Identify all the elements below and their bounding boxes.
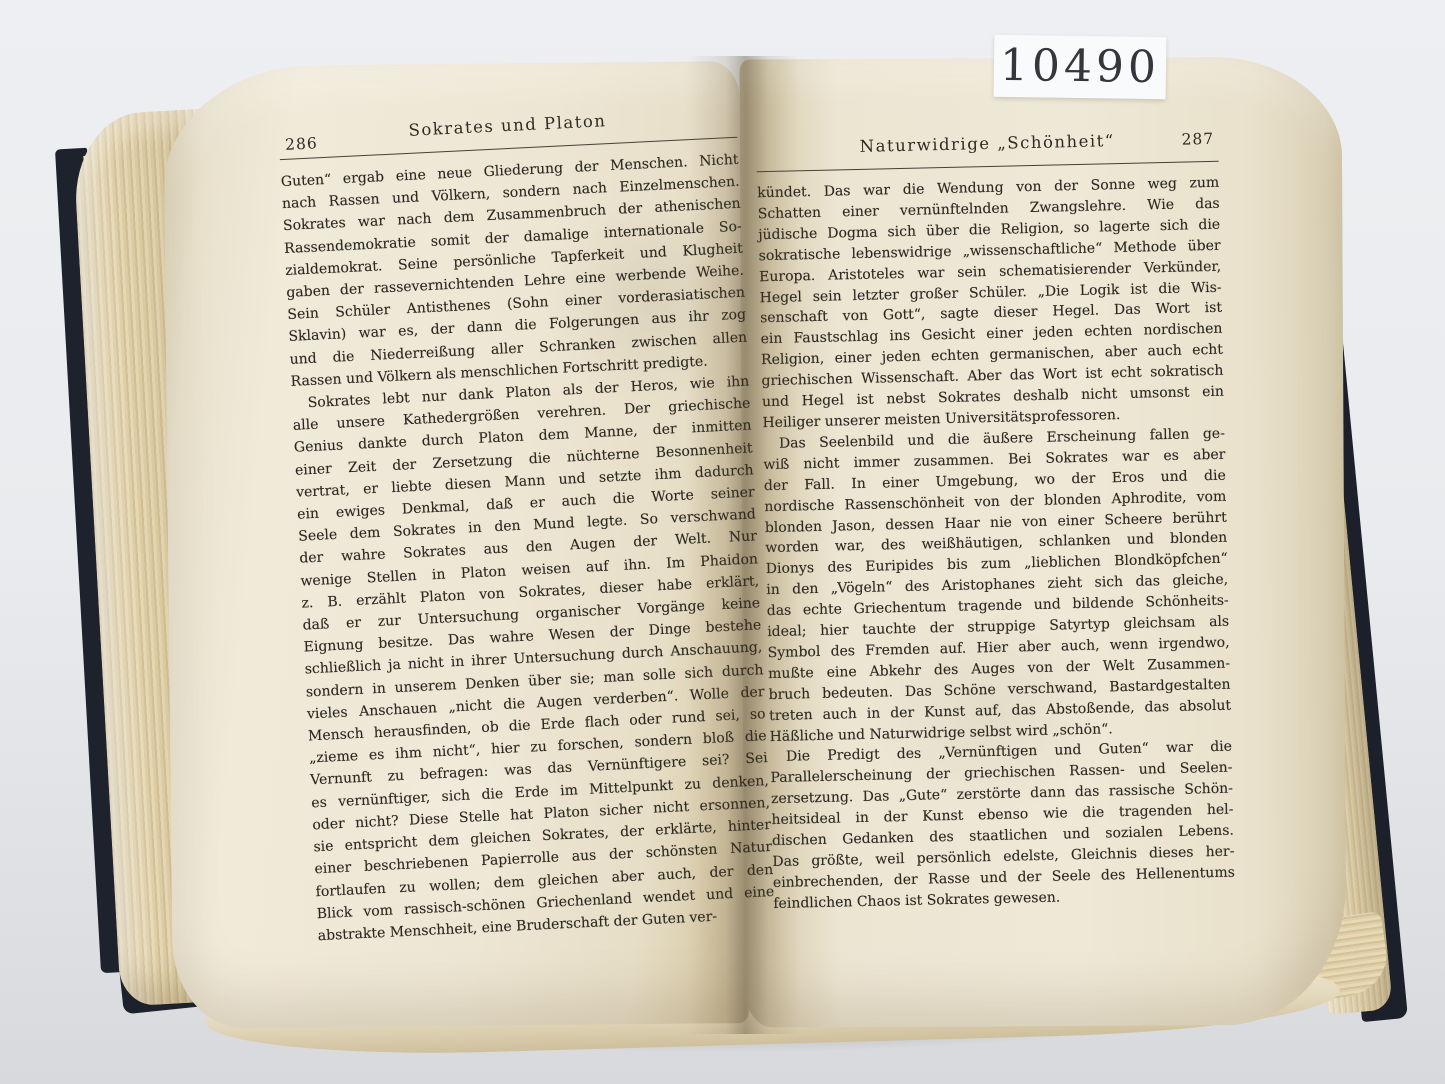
photo-background: 286 Sokrates und Platon Guten“ ergab ein…	[0, 0, 1445, 1084]
page-number-right: 287	[1181, 130, 1214, 149]
right-page-lines: kündet. Das war die Wendung von der Sonn…	[757, 173, 1235, 915]
right-page-text-column: Naturwidrige „Schönheit“ 287 kündet. Das…	[756, 129, 1235, 915]
inventory-label: 10490	[994, 35, 1167, 99]
left-page-lines: Guten“ ergab eine neue Gliederung der Me…	[280, 149, 775, 948]
left-page-text-column: 286 Sokrates und Platon Guten“ ergab ein…	[278, 105, 776, 948]
inventory-number: 10490	[1000, 44, 1161, 90]
